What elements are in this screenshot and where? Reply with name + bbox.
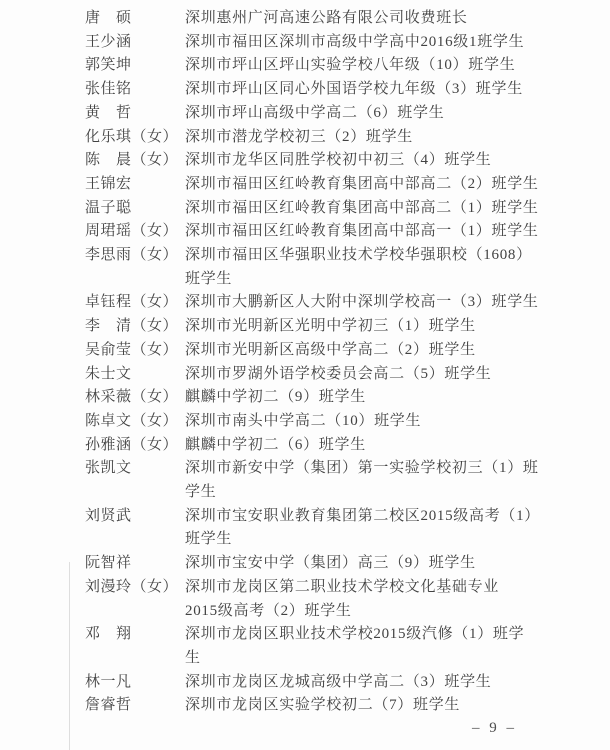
person-description: 深圳市新安中学（集团）第一实验学校初三（1）班学生 [185,457,610,504]
roster-row: 邓 翔深圳市龙岗区职业技术学校2015级汽修（1）班学生 [0,623,610,670]
description-line: 深圳市宝安中学（集团）高三（9）班学生 [185,552,610,576]
description-line: 学生 [185,481,610,505]
description-line: 麒麟中学初二（9）班学生 [185,386,610,410]
roster-row: 李思雨（女）深圳市福田区华强职业技术学校华强职校（1608）班学生 [0,244,610,291]
person-name-cell: 李思雨（女） [0,244,185,291]
description-line: 深圳市福田区红岭教育集团高中部高二（1）班学生 [185,197,610,221]
person-name-cell: 陈 晨（女） [0,149,185,173]
person-name-cell: 化乐琪（女） [0,126,185,150]
description-line: 深圳市坪山高级中学高二（6）班学生 [185,102,610,126]
roster-row: 陈 晨（女）深圳市龙华区同胜学校初中初三（4）班学生 [0,149,610,173]
description-line: 深圳市宝安职业教育集团第二校区2015级高考（1） [185,505,610,529]
description-line: 深圳市福田区华强职业技术学校华强职校（1608） [185,244,610,268]
page-number: – 9 – [472,720,517,737]
person-name: 林一凡 [85,674,132,690]
person-description: 深圳市龙岗区职业技术学校2015级汽修（1）班学生 [185,623,610,670]
person-name: 黄 哲 [85,105,132,121]
person-gender: （女） [132,389,179,405]
person-name-cell: 陈卓文（女） [0,410,185,434]
person-description: 深圳市大鹏新区人大附中深圳学校高一（3）班学生 [185,291,610,315]
person-name-cell: 詹睿哲 [0,694,185,718]
roster-row: 王锦宏深圳市福田区红岭教育集团高中部高二（2）班学生 [0,173,610,197]
roster-row: 唐 硕深圳惠州广河高速公路有限公司收费班长 [0,7,610,31]
person-name: 唐 硕 [85,10,132,26]
description-line: 深圳市光明新区高级中学高二（2）班学生 [185,339,610,363]
description-line: 深圳市福田区深圳市高级中学高中2016级1班学生 [185,31,610,55]
person-name: 卓钰程 [85,294,132,310]
description-line: 深圳市福田区红岭教育集团高中部高二（2）班学生 [185,173,610,197]
description-line: 深圳市福田区红岭教育集团高中部高一（1）班学生 [185,220,610,244]
person-description: 深圳市坪山高级中学高二（6）班学生 [185,102,610,126]
person-name-cell: 王少涵 [0,31,185,55]
person-gender: （女） [132,437,179,453]
person-description: 深圳市龙岗区龙城高级中学高二（3）班学生 [185,671,610,695]
roster-row: 刘贤武深圳市宝安职业教育集团第二校区2015级高考（1）班学生 [0,505,610,552]
roster-row: 阮智祥深圳市宝安中学（集团）高三（9）班学生 [0,552,610,576]
person-name: 周珺瑶 [85,223,132,239]
person-name: 张佳铭 [85,81,132,97]
person-name-cell: 张凯文 [0,457,185,504]
roster-row: 孙雅涵（女）麒麟中学初二（6）班学生 [0,434,610,458]
roster-row: 黄 哲深圳市坪山高级中学高二（6）班学生 [0,102,610,126]
person-description: 深圳市宝安中学（集团）高三（9）班学生 [185,552,610,576]
person-name-cell: 李 清（女） [0,315,185,339]
person-name: 王锦宏 [85,176,132,192]
person-name-cell: 刘贤武 [0,505,185,552]
person-description: 深圳市罗湖外语学校委员会高二（5）班学生 [185,363,610,387]
person-name: 朱士文 [85,366,132,382]
person-description: 深圳市南头中学高二（10）班学生 [185,410,610,434]
roster-row: 王少涵深圳市福田区深圳市高级中学高中2016级1班学生 [0,31,610,55]
person-description: 深圳市坪山区坪山实验学校八年级（10）班学生 [185,54,610,78]
roster-row: 李 清（女）深圳市光明新区光明中学初三（1）班学生 [0,315,610,339]
person-gender: （女） [132,413,179,429]
person-name: 化乐琪 [85,129,132,145]
person-name: 李思雨 [85,247,132,263]
person-description: 深圳市潜龙学校初三（2）班学生 [185,126,610,150]
description-line: 麒麟中学初二（6）班学生 [185,434,610,458]
person-name-cell: 朱士文 [0,363,185,387]
person-name: 陈卓文 [85,413,132,429]
roster-row: 郭笑坤深圳市坪山区坪山实验学校八年级（10）班学生 [0,54,610,78]
description-line: 生 [185,647,610,671]
roster-row: 林采薇（女）麒麟中学初二（9）班学生 [0,386,610,410]
person-description: 深圳市福田区红岭教育集团高中部高二（2）班学生 [185,173,610,197]
person-name: 詹睿哲 [85,697,132,713]
person-name-cell: 周珺瑶（女） [0,220,185,244]
document-page: 唐 硕深圳惠州广河高速公路有限公司收费班长王少涵深圳市福田区深圳市高级中学高中2… [0,0,610,750]
person-name-cell: 阮智祥 [0,552,185,576]
description-line: 深圳惠州广河高速公路有限公司收费班长 [185,7,610,31]
description-line: 深圳市潜龙学校初三（2）班学生 [185,126,610,150]
description-line: 深圳市龙岗区龙城高级中学高二（3）班学生 [185,671,610,695]
roster-row: 詹睿哲深圳市龙岗区实验学校初二（7）班学生 [0,694,610,718]
person-name-cell: 孙雅涵（女） [0,434,185,458]
roster-row: 朱士文深圳市罗湖外语学校委员会高二（5）班学生 [0,363,610,387]
person-description: 麒麟中学初二（9）班学生 [185,386,610,410]
person-name: 吴俞莹 [85,342,132,358]
person-name: 温子聪 [85,200,132,216]
person-name-cell: 黄 哲 [0,102,185,126]
person-name-cell: 卓钰程（女） [0,291,185,315]
person-gender: （女） [132,342,179,358]
description-line: 深圳市坪山区同心外国语学校九年级（3）班学生 [185,78,610,102]
person-description: 深圳市龙岗区第二职业技术学校文化基础专业2015级高考（2）班学生 [185,576,610,623]
person-description: 深圳市福田区红岭教育集团高中部高一（1）班学生 [185,220,610,244]
person-description: 深圳市光明新区高级中学高二（2）班学生 [185,339,610,363]
person-name: 李 清 [85,318,132,334]
roster-row: 陈卓文（女）深圳市南头中学高二（10）班学生 [0,410,610,434]
person-name: 陈 晨 [85,152,132,168]
description-line: 深圳市龙岗区职业技术学校2015级汽修（1）班学 [185,623,610,647]
roster-row: 张佳铭深圳市坪山区同心外国语学校九年级（3）班学生 [0,78,610,102]
person-name-cell: 邓 翔 [0,623,185,670]
person-gender: （女） [132,247,179,263]
person-name: 刘漫玲 [85,579,132,595]
description-line: 深圳市大鹏新区人大附中深圳学校高一（3）班学生 [185,291,610,315]
person-name-cell: 张佳铭 [0,78,185,102]
person-description: 深圳市光明新区光明中学初三（1）班学生 [185,315,610,339]
person-name-cell: 吴俞莹（女） [0,339,185,363]
person-gender: （女） [132,294,179,310]
description-line: 2015级高考（2）班学生 [185,600,610,624]
roster-row: 刘漫玲（女）深圳市龙岗区第二职业技术学校文化基础专业2015级高考（2）班学生 [0,576,610,623]
person-gender: （女） [132,129,179,145]
scan-artifact-line [69,562,70,750]
person-name: 林采薇 [85,389,132,405]
person-name: 郭笑坤 [85,57,132,73]
person-name-cell: 王锦宏 [0,173,185,197]
person-gender: （女） [132,152,179,168]
person-name: 孙雅涵 [85,437,132,453]
person-description: 麒麟中学初二（6）班学生 [185,434,610,458]
roster-list: 唐 硕深圳惠州广河高速公路有限公司收费班长王少涵深圳市福田区深圳市高级中学高中2… [0,7,610,718]
person-name-cell: 刘漫玲（女） [0,576,185,623]
description-line: 深圳市龙岗区第二职业技术学校文化基础专业 [185,576,610,600]
description-line: 深圳市罗湖外语学校委员会高二（5）班学生 [185,363,610,387]
person-name-cell: 林采薇（女） [0,386,185,410]
person-name: 邓 翔 [85,626,132,642]
person-description: 深圳市龙华区同胜学校初中初三（4）班学生 [185,149,610,173]
description-line: 深圳市光明新区光明中学初三（1）班学生 [185,315,610,339]
roster-row: 张凯文深圳市新安中学（集团）第一实验学校初三（1）班学生 [0,457,610,504]
description-line: 深圳市龙华区同胜学校初中初三（4）班学生 [185,149,610,173]
person-description: 深圳市宝安职业教育集团第二校区2015级高考（1）班学生 [185,505,610,552]
person-name: 刘贤武 [85,508,132,524]
person-description: 深圳市福田区红岭教育集团高中部高二（1）班学生 [185,197,610,221]
person-description: 深圳市福田区深圳市高级中学高中2016级1班学生 [185,31,610,55]
description-line: 班学生 [185,528,610,552]
person-gender: （女） [132,318,179,334]
roster-row: 化乐琪（女）深圳市潜龙学校初三（2）班学生 [0,126,610,150]
roster-row: 周珺瑶（女）深圳市福田区红岭教育集团高中部高一（1）班学生 [0,220,610,244]
roster-row: 卓钰程（女）深圳市大鹏新区人大附中深圳学校高一（3）班学生 [0,291,610,315]
description-line: 深圳市坪山区坪山实验学校八年级（10）班学生 [185,54,610,78]
person-name-cell: 唐 硕 [0,7,185,31]
person-name-cell: 郭笑坤 [0,54,185,78]
person-description: 深圳市坪山区同心外国语学校九年级（3）班学生 [185,78,610,102]
person-description: 深圳市龙岗区实验学校初二（7）班学生 [185,694,610,718]
description-line: 深圳市南头中学高二（10）班学生 [185,410,610,434]
person-name-cell: 温子聪 [0,197,185,221]
person-gender: （女） [132,223,179,239]
roster-row: 温子聪深圳市福田区红岭教育集团高中部高二（1）班学生 [0,197,610,221]
description-line: 深圳市龙岗区实验学校初二（7）班学生 [185,694,610,718]
person-name: 王少涵 [85,34,132,50]
person-description: 深圳惠州广河高速公路有限公司收费班长 [185,7,610,31]
roster-row: 吴俞莹（女）深圳市光明新区高级中学高二（2）班学生 [0,339,610,363]
person-name-cell: 林一凡 [0,671,185,695]
person-name: 张凯文 [85,460,132,476]
person-description: 深圳市福田区华强职业技术学校华强职校（1608）班学生 [185,244,610,291]
description-line: 深圳市新安中学（集团）第一实验学校初三（1）班 [185,457,610,481]
person-name: 阮智祥 [85,555,132,571]
roster-row: 林一凡深圳市龙岗区龙城高级中学高二（3）班学生 [0,671,610,695]
description-line: 班学生 [185,268,610,292]
person-gender: （女） [132,579,179,595]
